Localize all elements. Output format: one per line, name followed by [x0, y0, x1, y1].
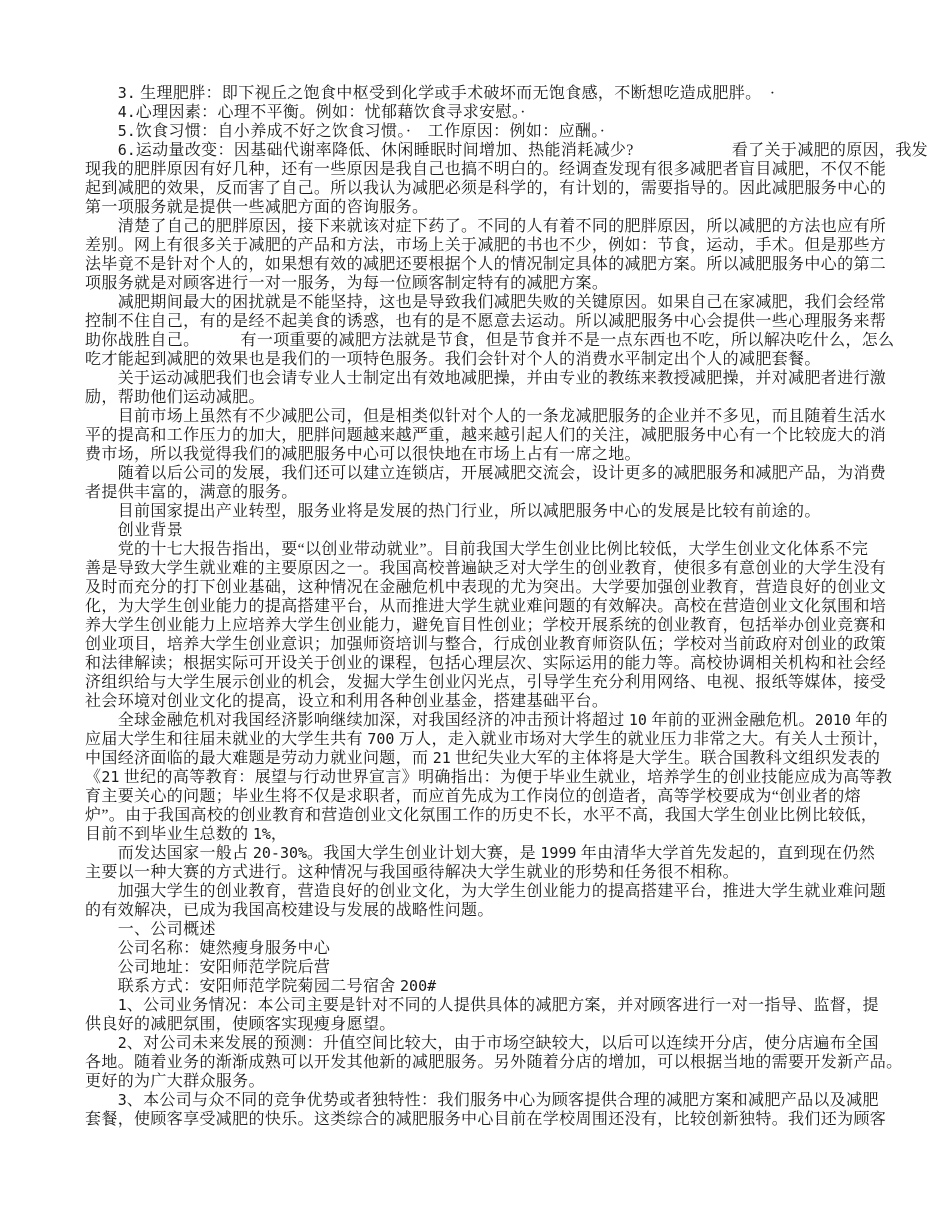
text-line: 目前不到毕业生总数的 1%， [85, 825, 935, 844]
text-line: 公司名称：婕然瘦身服务中心 [85, 939, 935, 958]
text-line: 炉”。由于我国高校的创业教育和营造创业文化氛围工作的历史不长，水平不高，我国大学… [85, 806, 935, 825]
text-line: 联系方式：安阳师范学院菊园二号宿舍 200# [85, 977, 935, 996]
text-line: 控制不住自己，有的是经不起美食的诱惑，也有的是不愿意去运动。所以减肥服务中心会提… [85, 312, 935, 331]
text-line: 育主要关心的问题；毕业生将不仅是求职者，而应首先成为工作岗位的创造者，高等学校要… [85, 787, 935, 806]
text-line: 更好的为广大群众服务。 [85, 1072, 935, 1091]
text-line: 目前市场上虽然有不少减肥公司，但是相类似针对个人的一条龙减肥服务的企业并不多见，… [85, 407, 935, 426]
text-line: 1、公司业务情况：本公司主要是针对不同的人提供具体的减肥方案，并对顾客进行一对一… [85, 996, 935, 1015]
text-line: 吃才能起到减肥的效果也是我们的一项特色服务。我们会针对个人的消费水平制定出个人的… [85, 350, 935, 369]
text-line: 供良好的减肥氛围，使顾客实现瘦身愿望。 [85, 1015, 935, 1034]
text-line: 法毕竟不是针对个人的，如果想有效的减肥还要根据个人的情况制定具体的减肥方案。所以… [85, 255, 935, 274]
text-line: 目前国家提出产业转型，服务业将是发展的热门行业，所以减肥服务中心的发展是比较有前… [85, 502, 935, 521]
text-line: 公司地址：安阳师范学院后营 [85, 958, 935, 977]
text-line: 套餐，使顾客享受减肥的快乐。这类综合的减肥服务中心目前在学校周围还没有，比较创新… [85, 1110, 935, 1129]
document-lines: 3. 生理肥胖：即下视丘之饱食中枢受到化学或手术破坏而无饱食感，不断想吃造成肥胖… [85, 84, 935, 1129]
text-line: 《21 世纪的高等教育：展望与行动世界宣言》明确指出：为便于毕业生就业，培养学生… [85, 768, 935, 787]
text-line: 的有效解决，已成为我国高校建设与发展的战略性问题。 [85, 901, 935, 920]
text-line: 清楚了自己的肥胖原因，接下来就该对症下药了。不同的人有着不同的肥胖原因，所以减肥… [85, 217, 935, 236]
text-line: 全球金融危机对我国经济影响继续加深，对我国经济的冲击预计将超过 10 年前的亚洲… [85, 711, 935, 730]
text-line: 创业项目，培养大学生创业意识；加强师资培训与整合，行成创业教育师资队伍；学校对当… [85, 635, 935, 654]
text-line: 各地。随着业务的渐渐成熟可以开发其他新的减肥服务。另外随着分店的增加，可以根据当… [85, 1053, 935, 1072]
text-line: 3、本公司与众不同的竞争优势或者独特性：我们服务中心为顾客提供合理的减肥方案和减… [85, 1091, 935, 1110]
text-line: 善是导致大学生就业难的主要原因之一。我国高校普遍缺乏对大学生的创业教育，使很多有… [85, 559, 935, 578]
text-line: 5.饮食习惯：自小养成不好之饮食习惯。· 工作原因：例如：应酬。· [85, 122, 935, 141]
text-line: 减肥期间最大的困扰就是不能坚持，这也是导致我们减肥失败的关键原因。如果自己在家减… [85, 293, 935, 312]
text-line: 应届大学生和往届未就业的大学生共有 700 万人，走入就业市场对大学生的就业压力… [85, 730, 935, 749]
text-line: 及时而充分的打下创业基础，这种情况在金融危机中表现的尤为突出。大学要加强创业教育… [85, 578, 935, 597]
text-line: 项服务就是对顾客进行一对一服务，为每一位顾客制定特有的减肥方案。 [85, 274, 935, 293]
text-line: 关于运动减肥我们也会请专业人士制定出有效地减肥操，并由专业的教练来教授减肥操，并… [85, 369, 935, 388]
text-line: 加强大学生的创业教育，营造良好的创业文化，为大学生创业能力的提高搭建平台，推进大… [85, 882, 935, 901]
text-line: 中国经济面临的最大难题是劳动力就业问题，而 21 世纪失业大军的主体将是大学生。… [85, 749, 935, 768]
text-line: 主要以一种大赛的方式进行。这种情况与我国亟待解决大学生就业的形势和任务很不相称。 [85, 863, 935, 882]
text-line: 养大学生创业能力上应培养大学生创业能力，避免盲目性创业；学校开展系统的创业教育，… [85, 616, 935, 635]
text-line: 化，为大学生创业能力的提高搭建平台，从而推进大学生就业难问题的有效解决。高校在营… [85, 597, 935, 616]
text-line: 起到减肥的效果，反而害了自己。所以我认为减肥必须是科学的，有计划的，需要指导的。… [85, 179, 935, 198]
text-line: 3. 生理肥胖：即下视丘之饱食中枢受到化学或手术破坏而无饱食感，不断想吃造成肥胖… [85, 84, 935, 103]
text-line: 费市场，所以我觉得我们的减肥服务中心可以很快地在市场上占有一席之地。 [85, 445, 935, 464]
text-line: 2、对公司未来发展的预测：升值空间比较大，由于市场空缺较大，以后可以连续开分店，… [85, 1034, 935, 1053]
text-line: 第一项服务就是提供一些减肥方面的咨询服务。 [85, 198, 935, 217]
text-line: 者提供丰富的，满意的服务。 [85, 483, 935, 502]
text-line: 而发达国家一般占 20-30%。我国大学生创业计划大赛，是 1999 年由清华大… [85, 844, 935, 863]
text-line: 4.心理因素：心理不平衡。例如：忧郁藉饮食寻求安慰。· [85, 103, 935, 122]
text-line: 助你战胜自己。 有一项重要的减肥方法就是节食，但是节食并不是一点东西也不吃，所以… [85, 331, 935, 350]
text-line: 济组织给与大学生展示创业的机会，发掘大学生创业闪光点，引导学生充分利用网络、电视… [85, 673, 935, 692]
text-line: 差别。网上有很多关于减肥的产品和方法，市场上关于减肥的书也不少，例如：节食，运动… [85, 236, 935, 255]
text-line: 励，帮助他们运动减肥。 [85, 388, 935, 407]
text-line: 一、公司概述 [85, 920, 935, 939]
text-line: 社会环境对创业文化的提高，设立和利用各种创业基金，搭建基础平台。 [85, 692, 935, 711]
document-page: 3. 生理肥胖：即下视丘之饱食中枢受到化学或手术破坏而无饱食感，不断想吃造成肥胖… [0, 0, 950, 1230]
text-line: 和法律解读；根据实际可开设关于创业的课程，包括心理层次、实际运用的能力等。高校协… [85, 654, 935, 673]
text-line: 平的提高和工作压力的加大，肥胖问题越来越严重，越来越引起人们的关注，减肥服务中心… [85, 426, 935, 445]
text-line: 6.运动量改变：因基础代谢率降低、休闲睡眠时间增加、热能消耗减少? 看了关于减肥… [85, 141, 935, 160]
text-line: 党的十七大报告指出，要“以创业带动就业”。目前我国大学生创业比例比较低，大学生创… [85, 540, 935, 559]
text-line: 随着以后公司的发展，我们还可以建立连锁店，开展减肥交流会，设计更多的减肥服务和减… [85, 464, 935, 483]
text-line: 现我的肥胖原因有好几种，还有一些原因是我自己也搞不明白的。经调查发现有很多减肥者… [85, 160, 935, 179]
text-line: 创业背景 [85, 521, 935, 540]
